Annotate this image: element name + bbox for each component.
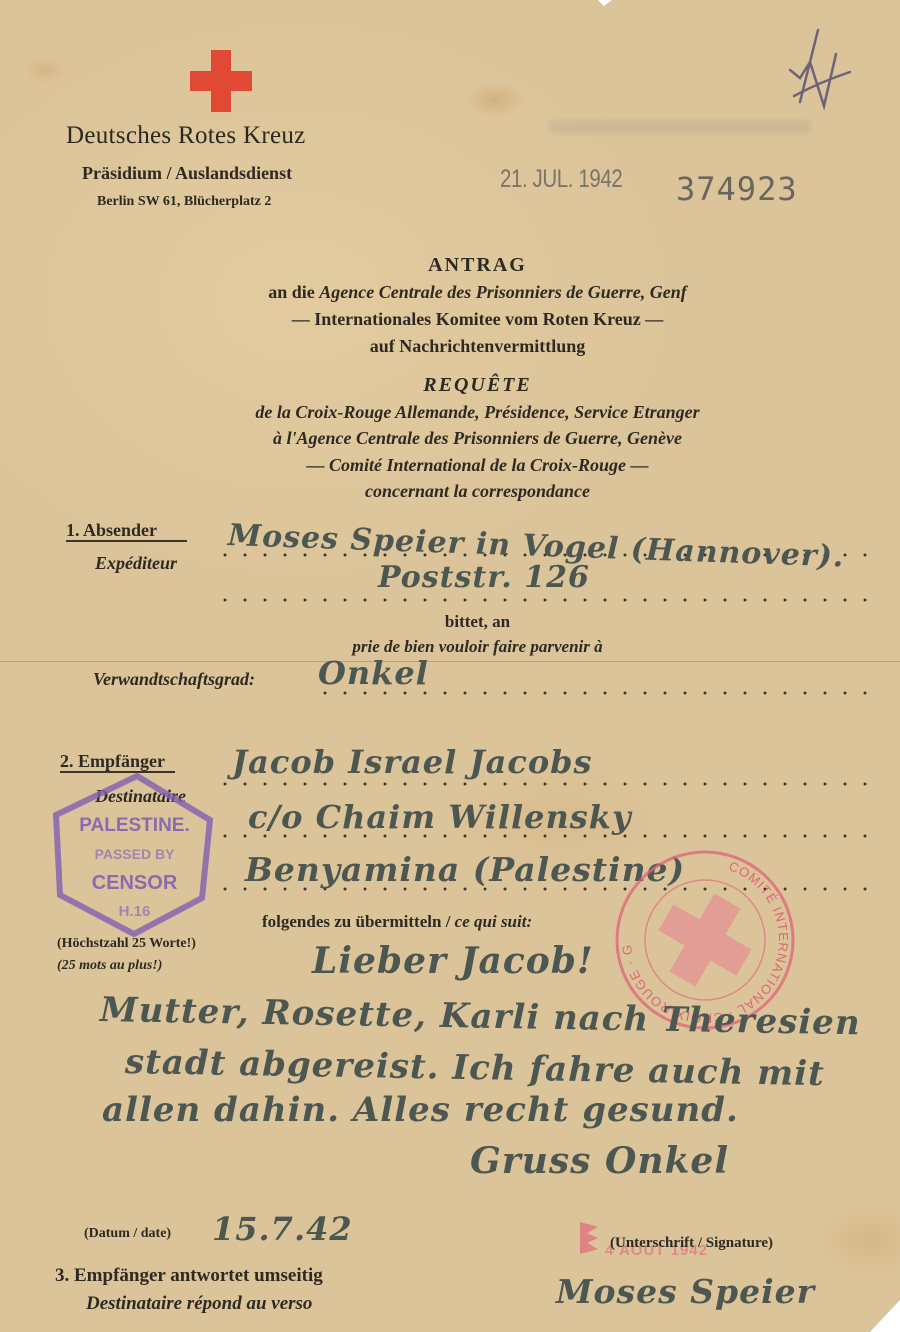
faded-stamp [550, 120, 810, 134]
title-antrag: ANTRAG [0, 254, 900, 277]
title-de-line1-agency: Agence Centrale des Prisonniers de Guerr… [319, 282, 687, 302]
censor-stamp-line3: CENSOR [52, 872, 217, 895]
message-closing: Gruss Onkel [470, 1140, 729, 1182]
title-fr-line2: à l'Agence Centrale des Prisonniers de G… [0, 428, 900, 449]
title-de-line3: auf Nachrichtenvermittlung [0, 336, 900, 357]
title-de-line1-prefix: an die [268, 282, 315, 302]
censor-stamp-line4: H.16 [52, 903, 217, 920]
signature-label: (Unterschrift / Signature) [610, 1235, 773, 1252]
date-label: (Datum / date) [84, 1226, 171, 1242]
word-limit-fr: (25 mots au plus!) [57, 958, 162, 974]
sender-address-handwritten: Poststr. 126 [378, 560, 590, 595]
sender-label-number: 1. Absender [66, 520, 187, 541]
receipt-date-stamp: 21. JUL. 1942 [500, 165, 622, 194]
red-cross-emblem-icon [190, 50, 252, 112]
relationship-handwritten: Onkel [318, 654, 429, 692]
title-fr-line3: — Comité International de la Croix-Rouge… [0, 455, 900, 476]
sender-label-de: 1. Absender [66, 520, 187, 542]
signature-handwritten: Moses Speier [556, 1272, 815, 1311]
receipt-number-stamp: 374923 [676, 170, 798, 208]
connector-de: bittet, an [0, 612, 900, 632]
title-de-line1: an die Agence Centrale des Prisonniers d… [0, 282, 900, 303]
relationship-label: Verwandtschaftsgrad: [93, 669, 255, 690]
censor-stamp-line2: PASSED BY [52, 846, 217, 862]
recipient-co-handwritten: c/o Chaim Willensky [248, 798, 632, 836]
sender-label-fr: Expéditeur [95, 553, 177, 574]
organization-address: Berlin SW 61, Blücherplatz 2 [97, 194, 271, 210]
title-fr-line4: concernant la correspondance [0, 481, 900, 502]
message-label: folgendes zu übermitteln / ce qui suit: [262, 912, 532, 932]
message-label-separator: / [446, 912, 451, 931]
date-handwritten: 15.7.42 [212, 1210, 353, 1248]
title-fr-line1: de la Croix-Rouge Allemande, Présidence,… [0, 402, 900, 423]
fold-line [0, 661, 900, 662]
censor-stamp-line1: PALESTINE. [52, 815, 217, 837]
arrival-stamp-icon [580, 1222, 598, 1254]
handwritten-initials-icon [780, 22, 860, 112]
message-label-fr: ce qui suit: [455, 912, 532, 931]
recipient-dotted-line-1 [215, 782, 875, 786]
message-line-3: allen dahin. Alles recht gesund. [102, 1090, 739, 1130]
organization-department: Präsidium / Auslandsdienst [82, 163, 292, 184]
message-salutation: Lieber Jacob! [312, 940, 594, 982]
connector-fr: prie de bien vouloir faire parvenir à [0, 637, 900, 657]
title-requete: REQUÊTE [0, 374, 900, 397]
organization-name: Deutsches Rotes Kreuz [66, 122, 306, 150]
section3-de: 3. Empfänger antwortet umseitig [55, 1265, 323, 1287]
title-de-line2: — Internationales Komitee vom Roten Kreu… [0, 309, 900, 330]
message-label-de: folgendes zu übermitteln [262, 912, 441, 931]
recipient-label-number: 2. Empfänger [60, 751, 175, 772]
section3-fr: Destinataire répond au verso [86, 1293, 312, 1315]
recipient-name-handwritten: Jacob Israel Jacobs [232, 743, 593, 781]
sender-dotted-line-2 [215, 598, 875, 602]
